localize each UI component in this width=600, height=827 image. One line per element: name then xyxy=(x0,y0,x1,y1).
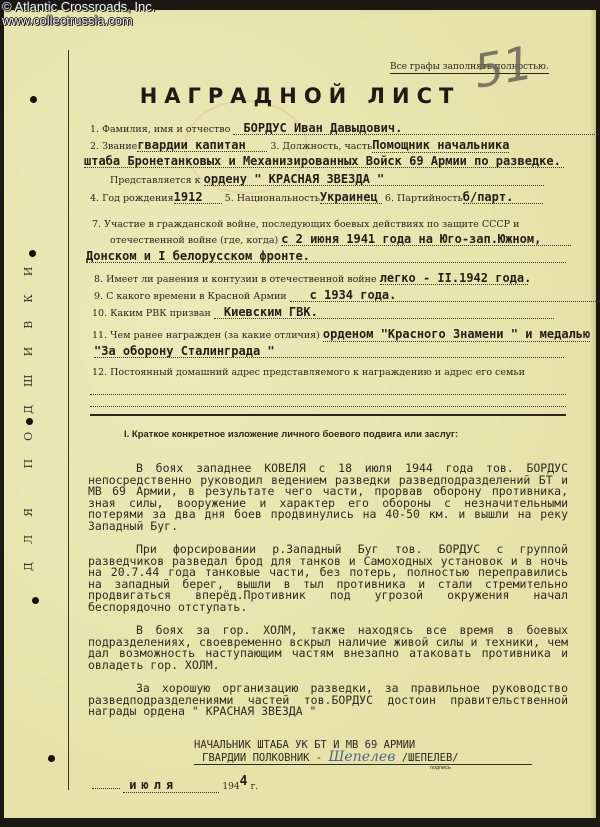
field-label: 4. Год рождения xyxy=(90,193,174,204)
field-value-war-participation-cont: Донском и I белорусском фронте. xyxy=(86,250,566,263)
field-7-value-line: отечественной войне (где, когда) с 2 июн… xyxy=(110,233,566,247)
field-value-war-participation: с 2 июня 1941 года на Юго-зап.Южном, xyxy=(281,233,571,246)
field-2-3-rank-position: 2. Званиегвардии капитан 3. Должность, ч… xyxy=(90,139,566,153)
watermark-url: www.collectrussia.com xyxy=(2,14,155,28)
field-value-service-since: с 1934 года. xyxy=(290,289,600,302)
date-day xyxy=(92,788,120,789)
field-12-address: 12. Постоянный домашний адрес представля… xyxy=(92,367,566,379)
field-9-service-since: 9. С какого времени в Красной Армии с 19… xyxy=(94,289,566,303)
field-label: 9. С какого времени в Красной Армии xyxy=(94,291,287,302)
paragraph: В боях западнее КОВЕЛЯ с 18 июля 1944 го… xyxy=(88,463,568,532)
field-value-previous-awards: орденом "Красного Знамени " и медалью xyxy=(323,327,590,342)
award-sheet-page: ДЛЯ ПОДШИВКИ Все графы заполнять полност… xyxy=(4,10,596,818)
field-11-previous-awards: 11. Чем ранее награжден (за какие отличи… xyxy=(92,328,566,342)
field-value-position-cont: штаба Бронетанковых и Механизированных В… xyxy=(84,155,564,168)
field-value-party: б/парт. xyxy=(463,191,543,204)
field-7-continuation: Донском и I белорусском фронте. xyxy=(86,250,566,264)
field-11-continuation: "За оборону Сталинграда " xyxy=(94,345,566,359)
date-year-digit: 4 xyxy=(240,774,248,789)
copyright-watermark: © Atlantic Crossroads, Inc. www.collectr… xyxy=(2,0,155,28)
field-label: Представляется к xyxy=(110,175,201,186)
field-12-blank-line xyxy=(90,384,566,395)
field-value-birth-year: 1912 xyxy=(174,191,222,204)
field-label: 6. Партийность xyxy=(385,193,463,204)
field-value-position: Помощник начальника xyxy=(372,138,509,153)
binding-margin-line xyxy=(68,50,69,790)
field-label: 5. Национальность xyxy=(225,193,320,204)
signatory-rank: ГВАРДИИ ПОЛКОВНИК - xyxy=(202,752,322,764)
signature-block: НАЧАЛЬНИК ШТАБА УК БТ И МВ 69 АРМИИ ГВАР… xyxy=(194,739,532,771)
paragraph: В боях за гор. ХОЛМ, также находясь все … xyxy=(88,625,568,671)
field-4-5-6: 4. Год рождения1912 5. НациональностьУкр… xyxy=(90,191,566,205)
merit-description: В боях западнее КОВЕЛЯ с 18 июля 1944 го… xyxy=(88,463,568,718)
section-divider xyxy=(90,414,566,416)
field-label: 10. Каким РВК призван xyxy=(92,308,211,319)
signature-caption: подпись xyxy=(194,765,532,771)
field-value-wounds: легко - II.1942 года. xyxy=(380,272,528,285)
field-label: 1. Фамилия, имя и отчество xyxy=(90,124,230,135)
field-3-continuation: штаба Бронетанковых и Механизированных В… xyxy=(84,155,566,169)
field-label: 3. Должность, часть xyxy=(270,141,372,152)
handwritten-signature: Шепелев xyxy=(328,749,395,765)
date-year-prefix: 194 xyxy=(222,782,239,792)
binding-margin-label: ДЛЯ ПОДШИВКИ xyxy=(22,200,42,620)
field-8-wounds: 8. Имеет ли ранения и контузии в отечест… xyxy=(94,272,566,286)
field-value-award: ордену " КРАСНАЯ ЗВЕЗДА " xyxy=(204,173,544,186)
watermark-line: © Atlantic Crossroads, Inc. xyxy=(2,0,155,14)
field-7-label-line: 7. Участие в гражданской войне, последую… xyxy=(92,219,566,231)
signatory-line: ГВАРДИИ ПОЛКОВНИК - Шепелев /ШЕПЕЛЕВ/ xyxy=(194,751,532,765)
field-value-previous-awards-cont: "За оборону Сталинграда " xyxy=(94,345,564,358)
field-label: 12. Постоянный домашний адрес представля… xyxy=(92,367,525,378)
field-label: 8. Имеет ли ранения и контузии в отечест… xyxy=(94,274,377,285)
punch-hole xyxy=(48,755,55,762)
field-value-name: БОРДУС Иван Давыдович. xyxy=(233,122,600,135)
field-value-nationality: Украинец xyxy=(320,191,382,204)
field-label: 7. Участие в гражданской войне, последую… xyxy=(92,219,519,230)
field-value-draft-office: Киевским ГВК. xyxy=(214,306,554,319)
document-date: июля 1944 г. xyxy=(92,778,258,793)
field-nominated: Представляется к ордену " КРАСНАЯ ЗВЕЗДА… xyxy=(110,173,566,187)
paragraph: При форсировании р.Западный Буг тов. БОР… xyxy=(88,544,568,613)
field-label: 2. Звание xyxy=(90,141,137,152)
field-12-blank-line xyxy=(90,400,566,407)
field-value-rank: гвардии капитан xyxy=(137,139,267,152)
date-month: июля xyxy=(123,778,219,793)
document-title: НАГРАДНОЙ ЛИСТ xyxy=(4,84,596,108)
paragraph: За хорошую организацию разведки, за прав… xyxy=(88,683,568,718)
section-heading: I. Краткое конкретное изложение личного … xyxy=(124,429,458,440)
field-1-name: 1. Фамилия, имя и отчество БОРДУС Иван Д… xyxy=(90,122,566,136)
date-suffix: г. xyxy=(251,782,259,792)
field-label: 11. Чем ранее награжден (за какие отличи… xyxy=(92,330,320,341)
field-10-draft-office: 10. Каким РВК призван Киевским ГВК. xyxy=(92,306,566,320)
field-label: отечественной войне (где, когда) xyxy=(110,235,278,246)
signatory-name: /ШЕПЕЛЕВ/ xyxy=(402,752,459,764)
